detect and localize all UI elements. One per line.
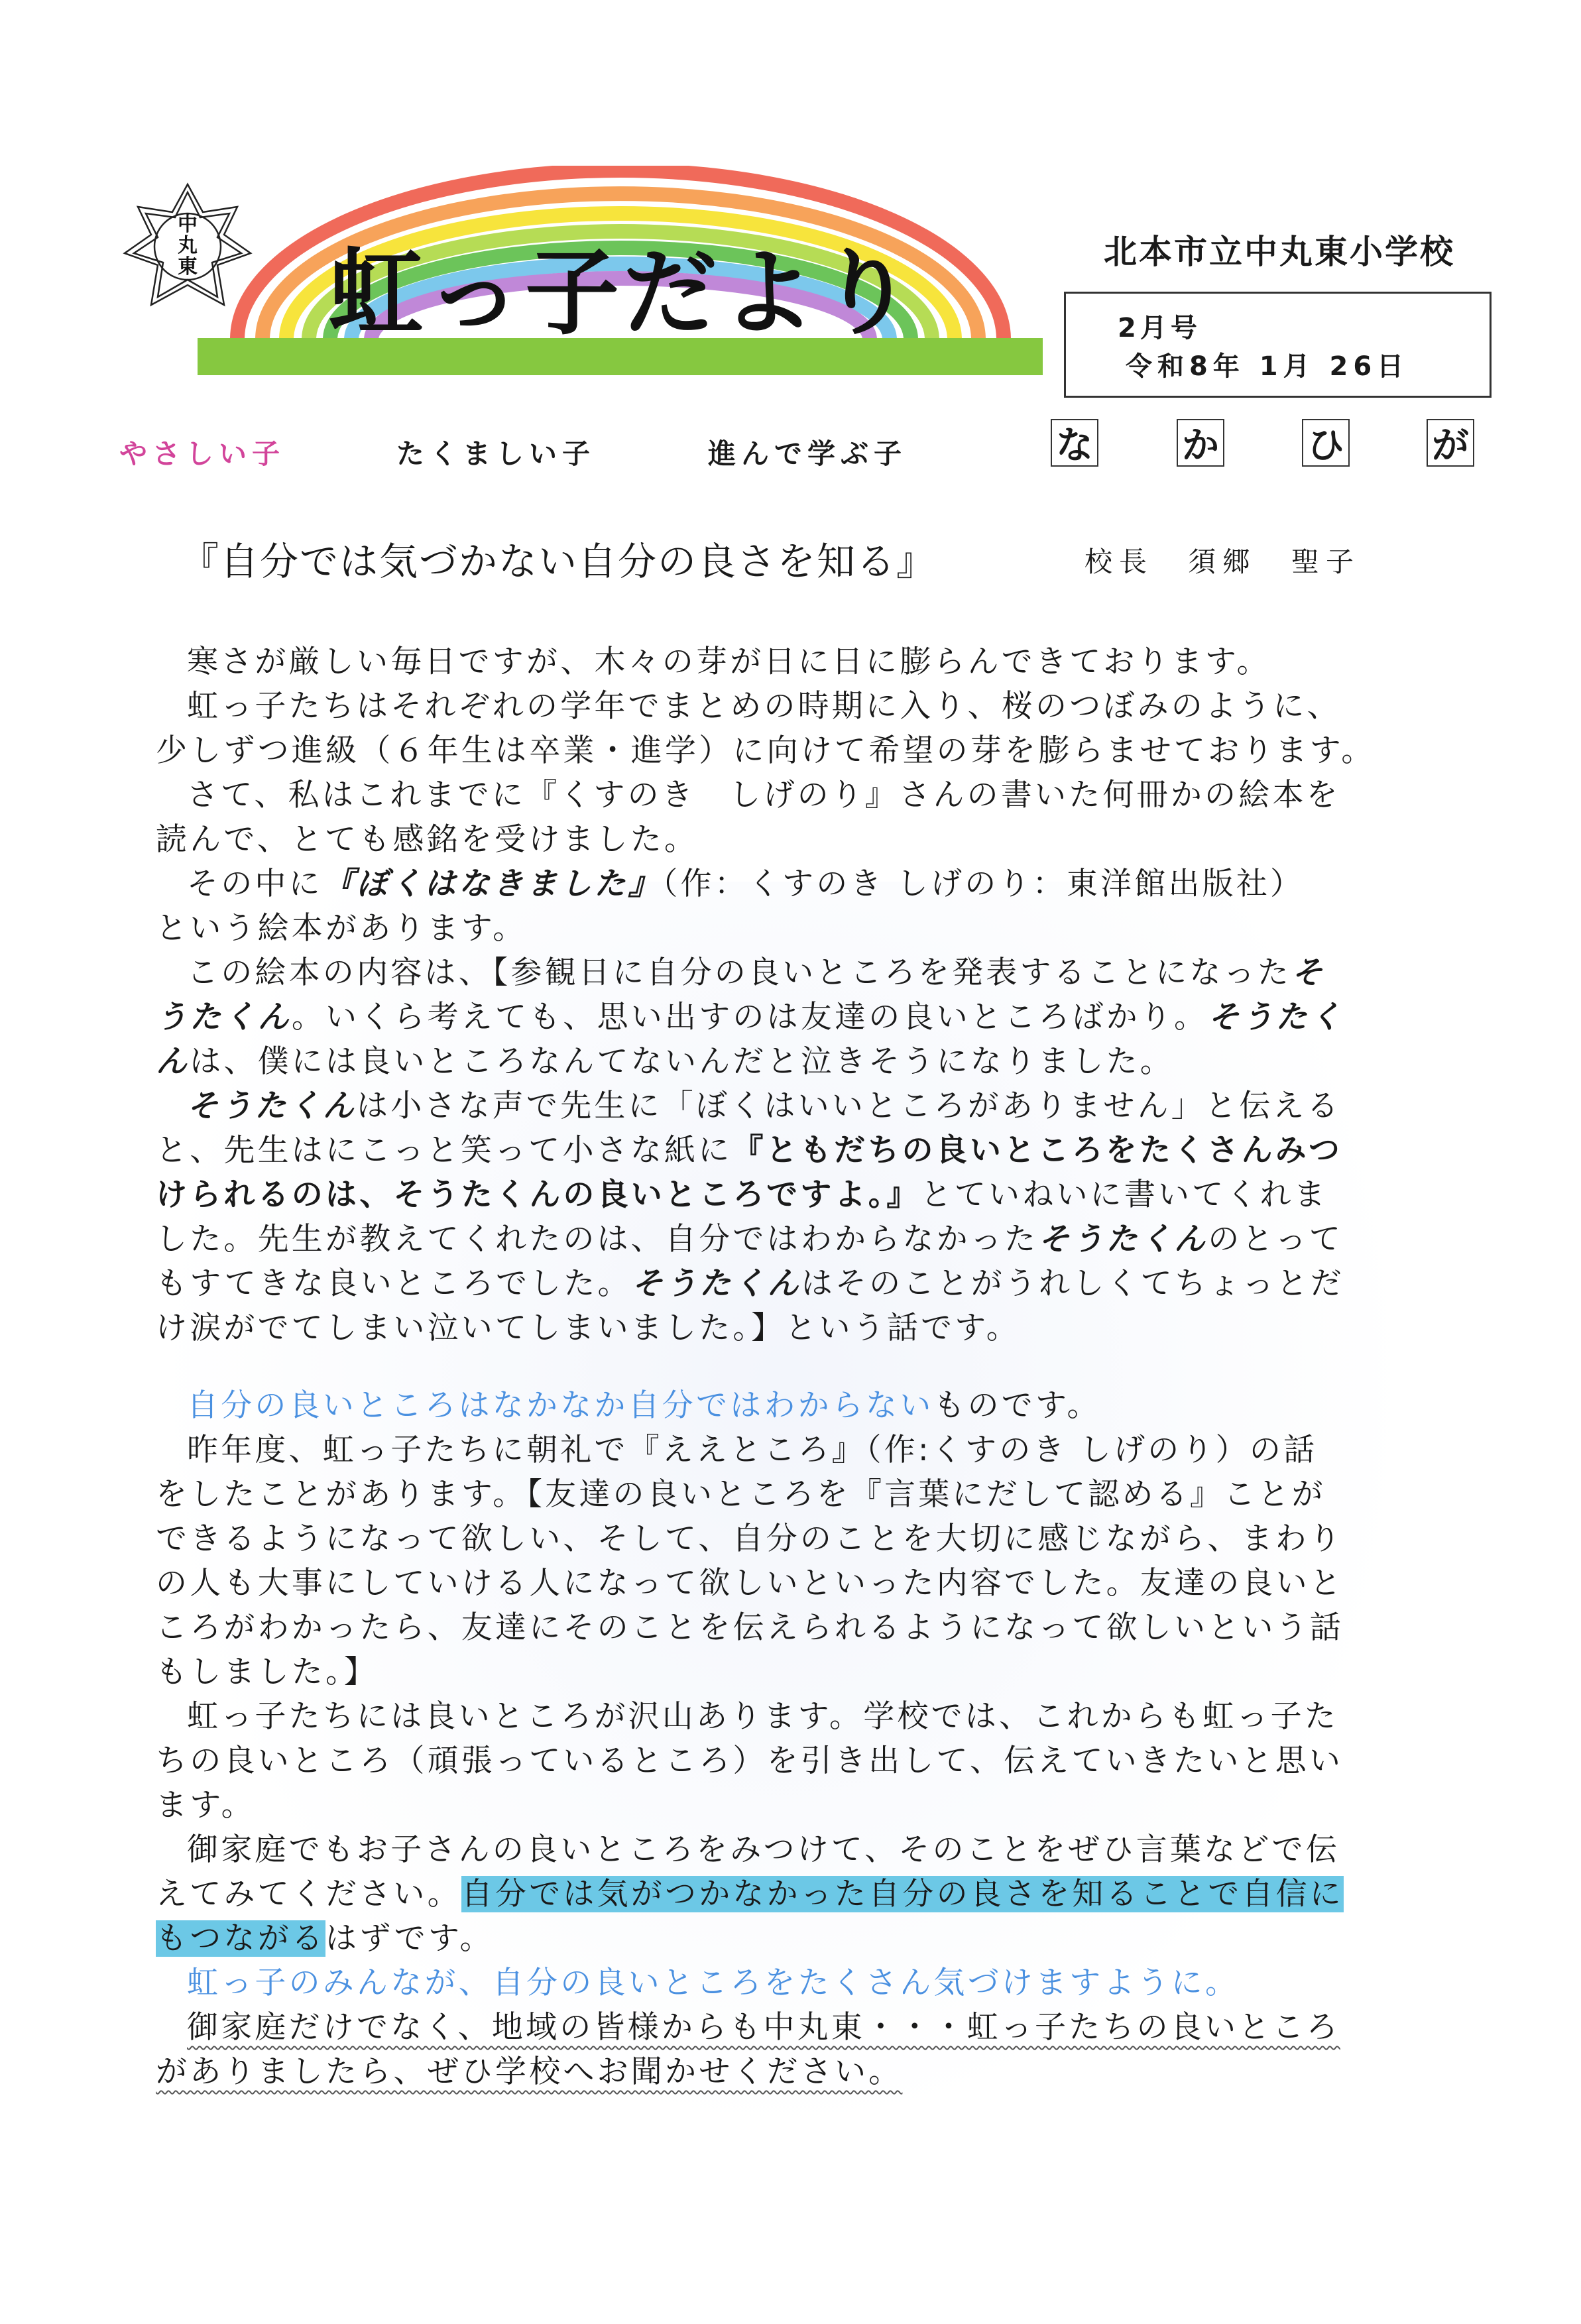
nakahiga-char-ka: か — [1177, 419, 1224, 467]
body-line: をしたことがあります。【友達の良いところを『言葉にだして認める』ことが — [156, 1472, 1482, 1517]
body-line: もしました。】 — [156, 1650, 1482, 1694]
motto-learning-child: 進んで学ぶ子 — [708, 432, 907, 472]
nakahiga-char-na: な — [1051, 419, 1098, 467]
body-line: けられるのは、そうたくんの良いところですよ。』とていねいに書いてくれま — [156, 1173, 1482, 1217]
article-body: 寒さが厳しい毎日ですが、木々の芽が日に日に膨らんできております。 虹っ子たちはそ… — [156, 640, 1482, 2094]
body-line: 御家庭だけでなく、地域の皆様からも中丸東・・・虹っ子たちの良いところ — [156, 2005, 1482, 2050]
author-role: 校長 — [1084, 546, 1153, 578]
nakahiga-char-hi: ひ — [1302, 419, 1350, 467]
body-line: ちの良いところ（頑張っているところ）を引き出して、伝えていきたいと思い — [156, 1739, 1482, 1783]
body-line: ます。 — [156, 1783, 1482, 1828]
newsletter-title: 虹っ子だより — [312, 219, 935, 351]
body-line: そうたくんは小さな声で先生に「ぼくはいいところがありません」と伝える — [156, 1084, 1482, 1128]
article-title: 『自分では気づかない自分の良さを知る』 — [180, 530, 936, 586]
body-line: ころがわかったら、友達にそのことを伝えられるようになって欲しいという話 — [156, 1605, 1482, 1650]
body-line: 虹っ子たちには良いところが沢山あります。学校では、これからも虹っ子た — [156, 1694, 1482, 1739]
body-line: 少しずつ進級（６年生は卒業・進学）に向けて希望の芽を膨らませております。 — [156, 728, 1482, 773]
body-line: 虹っ子たちはそれぞれの学年でまとめの時期に入り、桜のつぼみのように、 — [156, 684, 1482, 728]
issue-date: 令和8年 1月 26日 — [1126, 345, 1409, 383]
body-line: という絵本があります。 — [156, 906, 1482, 951]
body-line: さて、私はこれまでに『くすのき しげのり』さんの書いた何冊かの絵本を — [156, 773, 1482, 817]
wavy-underlined-text: がありましたら、ぜひ学校へお聞かせください。 — [156, 2054, 902, 2090]
closing-blue-line: 虹っ子のみんなが、自分の良いところをたくさん気づけますように。 — [156, 1961, 1482, 2005]
body-line: 寒さが厳しい毎日ですが、木々の芽が日に日に膨らんできております。 — [156, 640, 1482, 684]
body-line: した。先生が教えてくれたのは、自分ではわからなかったそうたくんのとって — [156, 1217, 1482, 1261]
highlighted-text: もつながる — [156, 1920, 325, 1957]
author-line: 校長須郷聖子 — [1084, 540, 1360, 580]
wavy-underlined-text: 御家庭だけでなく、地域の皆様からも中丸東・・・虹っ子たちの良いところ — [187, 2009, 1340, 2046]
body-line: えてみてください。自分では気がつかなかった自分の良さを知ることで自信に — [156, 1872, 1482, 1916]
issue-info-box: 2月号 令和8年 1月 26日 — [1064, 292, 1492, 398]
motto-strong-child: たくましい子 — [396, 432, 595, 472]
motto-kind-child: やさしい子 — [119, 432, 285, 472]
svg-text:中: 中 — [178, 213, 198, 236]
paragraph-gap — [156, 1350, 1482, 1383]
body-line: の人も大事にしていける人になって欲しいといった内容でした。友達の良いと — [156, 1561, 1482, 1605]
body-line: と、先生はにこっと笑って小さな紙に『ともだちの良いところをたくさんみつ — [156, 1128, 1482, 1173]
body-line: もすてきな良いところでした。そうたくんはそのことがうれしくてちょっとだ — [156, 1261, 1482, 1306]
highlighted-text: 自分では気がつかなかった自分の良さを知ることで自信に — [461, 1876, 1344, 1912]
body-line: もつながるはずです。 — [156, 1916, 1482, 1961]
body-line: 昨年度、虹っ子たちに朝礼で『ええところ』（作:くすのき しげのり）の話 — [156, 1428, 1482, 1472]
body-line: け涙がでてしまい泣いてしまいました。】という話です。 — [156, 1306, 1482, 1350]
book-title: 『ぼくはなきました』 — [323, 866, 662, 902]
body-line: 読んで、とても感銘を受けました。 — [156, 817, 1482, 862]
author-given-name: 聖子 — [1291, 546, 1360, 578]
body-line: んは、僕には良いところなんてないんだと泣きそうになりました。 — [156, 1039, 1482, 1084]
body-line: 自分の良いところはなかなか自分ではわからないものです。 — [156, 1383, 1482, 1428]
issue-month: 2月号 — [1118, 307, 1201, 345]
body-line: がありましたら、ぜひ学校へお聞かせください。 — [156, 2050, 1482, 2094]
school-name: 北本市立中丸東小学校 — [1074, 225, 1485, 273]
body-line: その中に『ぼくはなきました』（作：くすのき しげのり：東洋館出版社） — [156, 862, 1482, 906]
nakahiga-char-ga: が — [1427, 419, 1474, 467]
svg-text:東: 東 — [178, 255, 198, 278]
body-line: うたくん。いくら考えても、思い出すのは友達の良いところばかり。そうたく — [156, 995, 1482, 1039]
body-line: この絵本の内容は、【参観日に自分の良いところを発表することになったそ — [156, 951, 1482, 995]
blue-emphasis: 自分の良いところはなかなか自分ではわからない — [187, 1387, 933, 1424]
body-line: 御家庭でもお子さんの良いところをみつけて、そのことをぜひ言葉などで伝 — [156, 1828, 1482, 1872]
svg-text:丸: 丸 — [178, 234, 198, 257]
author-family-name: 須郷 — [1188, 546, 1257, 578]
body-line: できるようになって欲しい、そして、自分のことを大切に感じながら、まわり — [156, 1517, 1482, 1561]
